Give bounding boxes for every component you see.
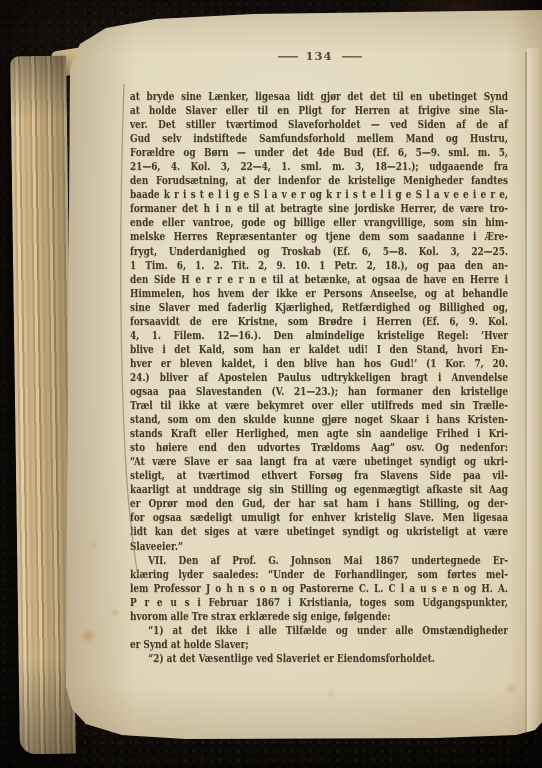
text-line: P r e u s i Februar 1867 i Kristiania, t… (130, 596, 508, 610)
stain-spot (88, 540, 99, 550)
text-line: Slaveeier.” (130, 540, 508, 554)
page-number: 134 (305, 49, 332, 63)
book-photo: ——134—— at bryde sine Lænker, ligesaa li… (0, 0, 542, 768)
text-line: sine Slaver med faderlig Kjærlighed, Ret… (130, 301, 508, 315)
text-line: at bryde sine Lænker, ligesaa lidt gjør … (130, 90, 508, 104)
header-rule-left: —— (277, 49, 296, 63)
text-line: “2) at det Væsentlige ved Slaveriet er E… (130, 652, 508, 666)
text-line: “At være Slave er saa langt fra at være … (130, 455, 508, 469)
text-line: ver. Det stiller tværtimod Slaveforholde… (130, 118, 508, 132)
text-line: den Forudsætning, at der indenfor de kri… (130, 174, 508, 188)
text-line: ogsaa paa Slavestanden (V. 21—23.); han … (130, 385, 508, 399)
text-line: kaarligt at unddrage sig sin Stilling og… (130, 483, 508, 497)
text-line: 21—6, 4. Kol. 3, 22—4, 1. sml. m. 3, 18—… (130, 160, 508, 174)
text-line: lem Professor J o h n s o n og Pastorern… (130, 582, 508, 596)
text-line: at holde Slaver eller til en Pligt for H… (130, 104, 508, 118)
text-line: Gud selv indstiftede Samfundsforhold mel… (130, 132, 508, 146)
stain-spot (110, 608, 120, 617)
stain-spot (326, 690, 336, 699)
page-header: ——134—— (130, 48, 508, 64)
text-line: for ogsaa sædeligt umuligt for enhver kr… (130, 511, 508, 525)
text-line: klæring lyder saaledes: “Under de Forhan… (130, 568, 508, 582)
page-stack-edge (10, 56, 76, 755)
text-line: steligt, at tværtimod ethvert Forsøg fra… (130, 469, 508, 483)
text-line: lidt kan det siges at være ubetinget syn… (130, 525, 508, 539)
book-page: ——134—— at bryde sine Lænker, ligesaa li… (64, 10, 542, 752)
text-line: er Synd at holde Slaver; (130, 638, 508, 652)
text-line: Træl til ikke at være bekymret over elle… (130, 399, 508, 413)
text-line: hver er bleven kaldet, i den blive han h… (130, 357, 508, 371)
text-line: 1 Tim. 6, 1. 2. Tit. 2, 9. 10. 1 Petr. 2… (130, 259, 508, 273)
text-line: formaner det h i n e til at betragte sin… (130, 202, 508, 216)
text-line: 4, 1. Filem. 12—16.). Den almindelige kr… (130, 329, 508, 343)
text-line: stand, som om den skulde kunne gjøre nog… (130, 413, 508, 427)
stain-spot (504, 682, 518, 695)
text-line: den Side H e r r e r n e til at betænke,… (130, 273, 508, 287)
text-line: hvorom alle Tre strax erklærede sig enig… (130, 610, 508, 624)
text-line: Himmelen, hos hvem der ikke er Persons A… (130, 287, 508, 301)
text-line: “1) at det ikke i alle Tilfælde og under… (130, 624, 508, 638)
text-line: er Oprør mod den Gud, der har sat ham i … (130, 497, 508, 511)
text-line: Forældre og Børn — under det 4de Bud (Ef… (130, 146, 508, 160)
text-line: blive i det Kald, som han er kaldet udi!… (130, 343, 508, 357)
text-line: sto høiere end den udvortes Trældoms Aag… (130, 441, 508, 455)
text-line: VII. Den af Prof. G. Johnson Mai 1867 un… (130, 554, 508, 568)
text-line: frygt, Underdanighed og Troskab (Ef. 6, … (130, 245, 508, 259)
text-line: 24.) bliver af Apostelen Paulus udtrykke… (130, 371, 508, 385)
text-line: baade k r i s t e l i g e S l a v e r og… (130, 188, 508, 202)
text-line: forsaavidt de ere Kristne, som Brødre i … (130, 315, 508, 329)
body-text: at bryde sine Lænker, ligesaa lidt gjør … (130, 90, 508, 666)
next-page-edge-strip (527, 48, 542, 740)
text-line: melske Herres Repræsentanter og tjene de… (130, 230, 508, 244)
text-line: stands Kraft eller Herlighed, men agte s… (130, 427, 508, 441)
text-column: ——134—— at bryde sine Lænker, ligesaa li… (130, 48, 508, 666)
stain-spot (80, 628, 97, 643)
text-line: ende eller vantroe, gode og billige elle… (130, 216, 508, 230)
header-rule-right: —— (342, 49, 361, 63)
page-edge-line (525, 52, 527, 738)
